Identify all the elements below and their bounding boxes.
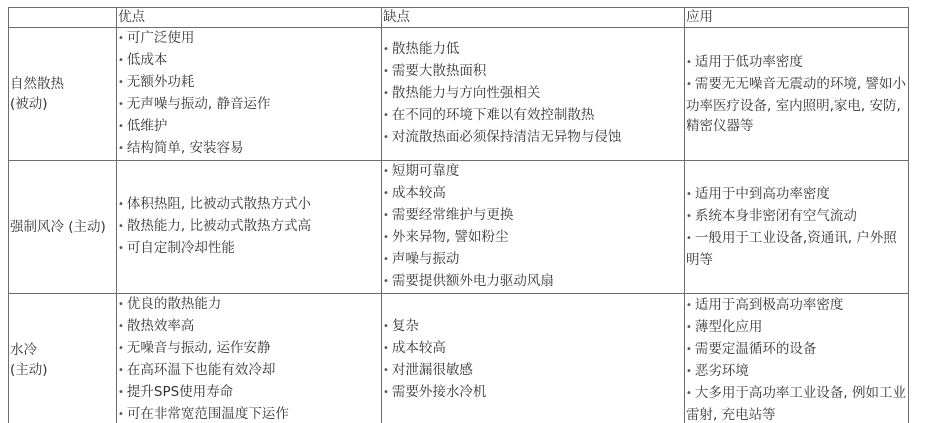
bullet-icon: • bbox=[383, 232, 389, 243]
applications-cell: •适用于中到高功率密度 •系统本身非密闭有空气流动 •一般用于工业设备,资通讯,… bbox=[685, 161, 909, 294]
row-label-line: 自然散热 bbox=[10, 74, 115, 94]
list-item: •低维护 bbox=[118, 116, 380, 138]
list-item: •需要定温循环的设备 bbox=[686, 339, 907, 361]
list-item: •大多用于高功率工业设备, 例如工业雷射, 充电站等 bbox=[686, 383, 907, 423]
bullet-icon: • bbox=[118, 55, 124, 66]
bullet-icon: • bbox=[686, 300, 692, 311]
list-item: •对流散热面必须保持清洁无异物与侵蚀 bbox=[383, 127, 683, 149]
list-item: •可自定制冷却性能 bbox=[118, 238, 380, 260]
list-item: •提升SPS使用寿命 bbox=[118, 382, 380, 404]
bullet-icon: • bbox=[383, 365, 389, 376]
list-item: •散热效率高 bbox=[118, 316, 380, 338]
row-label-natural-cooling: 自然散热 (被动) bbox=[9, 28, 117, 161]
pros-cell: •可广泛使用 •低成本 •无额外功耗 •无声噪与振动, 静音运作 •低维护 •结… bbox=[117, 28, 382, 161]
bullet-icon: • bbox=[383, 132, 389, 143]
list-item: •低成本 bbox=[118, 50, 380, 72]
bullet-icon: • bbox=[383, 44, 389, 55]
bullet-icon: • bbox=[686, 344, 692, 355]
bullet-icon: • bbox=[686, 366, 692, 377]
list-item: •体积热阻, 比被动式散热方式小 bbox=[118, 194, 380, 216]
bullet-icon: • bbox=[383, 387, 389, 398]
list-item: •无额外功耗 bbox=[118, 72, 380, 94]
table-row: 水冷 (主动) •优良的散热能力 •散热效率高 •无噪音与振动, 运作安静 •在… bbox=[9, 294, 909, 423]
list-item: •恶劣环境 bbox=[686, 361, 907, 383]
pros-cell: •优良的散热能力 •散热效率高 •无噪音与振动, 运作安静 •在高环温下也能有效… bbox=[117, 294, 382, 423]
list-item: •短期可靠度 bbox=[383, 161, 683, 183]
bullet-icon: • bbox=[118, 199, 124, 210]
bullet-icon: • bbox=[118, 409, 124, 420]
bullet-icon: • bbox=[383, 88, 389, 99]
applications-cell: •适用于低功率密度 •需要无无噪音无震动的环境, 譬如小功率医疗设备, 室内照明… bbox=[685, 28, 909, 161]
list-item: •对泄漏很敏感 bbox=[383, 360, 683, 382]
bullet-icon: • bbox=[118, 243, 124, 254]
list-item: •无噪音与振动, 运作安静 bbox=[118, 338, 380, 360]
bullet-icon: • bbox=[686, 388, 692, 399]
bullet-icon: • bbox=[118, 33, 124, 44]
list-item: •可广泛使用 bbox=[118, 28, 380, 50]
list-item: •声噪与振动 bbox=[383, 249, 683, 271]
list-item: •适用于低功率密度 bbox=[686, 52, 907, 74]
bullet-icon: • bbox=[118, 321, 124, 332]
list-item: •散热能力与方向性强相关 bbox=[383, 83, 683, 105]
pros-cell: •体积热阻, 比被动式散热方式小 •散热能力, 比被动式散热方式高 •可自定制冷… bbox=[117, 161, 382, 294]
list-item: •复杂 bbox=[383, 316, 683, 338]
bullet-icon: • bbox=[383, 210, 389, 221]
row-label-line: (主动) bbox=[10, 360, 115, 380]
list-item: •需要无无噪音无震动的环境, 譬如小功率医疗设备, 室内照明,家电, 安防, 精… bbox=[686, 74, 907, 136]
bullet-icon: • bbox=[118, 121, 124, 132]
bullet-icon: • bbox=[383, 166, 389, 177]
bullet-icon: • bbox=[118, 365, 124, 376]
bullet-icon: • bbox=[383, 110, 389, 121]
list-item: •薄型化应用 bbox=[686, 317, 907, 339]
row-label-line: 强制风冷 (主动) bbox=[10, 217, 115, 237]
cons-cell: •复杂 •成本较高 •对泄漏很敏感 •需要外接水冷机 bbox=[382, 294, 685, 423]
list-item: •散热能力低 bbox=[383, 39, 683, 61]
bullet-icon: • bbox=[118, 77, 124, 88]
bullet-icon: • bbox=[118, 387, 124, 398]
list-item: •在不同的环境下难以有效控制散热 bbox=[383, 105, 683, 127]
bullet-icon: • bbox=[383, 276, 389, 287]
bullet-icon: • bbox=[686, 233, 692, 244]
list-item: •需要大散热面积 bbox=[383, 61, 683, 83]
cons-cell: •短期可靠度 •成本较高 •需要经常维护与更换 •外来异物, 譬如粉尘 •声噪与… bbox=[382, 161, 685, 294]
bullet-icon: • bbox=[383, 254, 389, 265]
row-label-water-cooling: 水冷 (主动) bbox=[9, 294, 117, 423]
table-row: 自然散热 (被动) •可广泛使用 •低成本 •无额外功耗 •无声噪与振动, 静音… bbox=[9, 28, 909, 161]
bullet-icon: • bbox=[383, 188, 389, 199]
bullet-icon: • bbox=[118, 343, 124, 354]
bullet-icon: • bbox=[686, 79, 692, 90]
row-label-line: (被动) bbox=[10, 94, 115, 114]
row-label-forced-air-cooling: 强制风冷 (主动) bbox=[9, 161, 117, 294]
bullet-icon: • bbox=[686, 57, 692, 68]
list-item: •适用于中到高功率密度 bbox=[686, 184, 907, 206]
list-item: •需要经常维护与更换 bbox=[383, 205, 683, 227]
list-item: •外来异物, 譬如粉尘 bbox=[383, 227, 683, 249]
header-cell-applications: 应用 bbox=[685, 8, 909, 28]
bullet-icon: • bbox=[118, 143, 124, 154]
bullet-icon: • bbox=[118, 299, 124, 310]
list-item: •结构简单, 安装容易 bbox=[118, 138, 380, 160]
table-header-row: 优点 缺点 应用 bbox=[9, 8, 909, 28]
header-cell-cons: 缺点 bbox=[382, 8, 685, 28]
row-label-line: 水冷 bbox=[10, 340, 115, 360]
list-item: •成本较高 bbox=[383, 183, 683, 205]
list-item: •成本较高 bbox=[383, 338, 683, 360]
bullet-icon: • bbox=[686, 189, 692, 200]
bullet-icon: • bbox=[686, 322, 692, 333]
list-item: •在高环温下也能有效冷却 bbox=[118, 360, 380, 382]
list-item: •需要外接水冷机 bbox=[383, 382, 683, 404]
list-item: •无声噪与振动, 静音运作 bbox=[118, 94, 380, 116]
list-item: •散热能力, 比被动式散热方式高 bbox=[118, 216, 380, 238]
header-cell-empty bbox=[9, 8, 117, 28]
bullet-icon: • bbox=[383, 321, 389, 332]
header-cell-pros: 优点 bbox=[117, 8, 382, 28]
list-item: •系统本身非密闭有空气流动 bbox=[686, 206, 907, 228]
bullet-icon: • bbox=[118, 221, 124, 232]
bullet-icon: • bbox=[686, 211, 692, 222]
bullet-icon: • bbox=[118, 99, 124, 110]
bullet-icon: • bbox=[383, 343, 389, 354]
list-item: •适用于高到极高功率密度 bbox=[686, 295, 907, 317]
table-row: 强制风冷 (主动) •体积热阻, 比被动式散热方式小 •散热能力, 比被动式散热… bbox=[9, 161, 909, 294]
cons-cell: •散热能力低 •需要大散热面积 •散热能力与方向性强相关 •在不同的环境下难以有… bbox=[382, 28, 685, 161]
bullet-icon: • bbox=[383, 66, 389, 77]
applications-cell: •适用于高到极高功率密度 •薄型化应用 •需要定温循环的设备 •恶劣环境 •大多… bbox=[685, 294, 909, 423]
list-item: •可在非常宽范围温度下运作 bbox=[118, 404, 380, 423]
list-item: •需要提供额外电力驱动风扇 bbox=[383, 271, 683, 293]
list-item: •优良的散热能力 bbox=[118, 294, 380, 316]
list-item: •一般用于工业设备,资通讯, 户外照明等 bbox=[686, 228, 907, 270]
cooling-comparison-table: 优点 缺点 应用 自然散热 (被动) •可广泛使用 •低成本 •无额外功耗 •无… bbox=[8, 7, 909, 423]
